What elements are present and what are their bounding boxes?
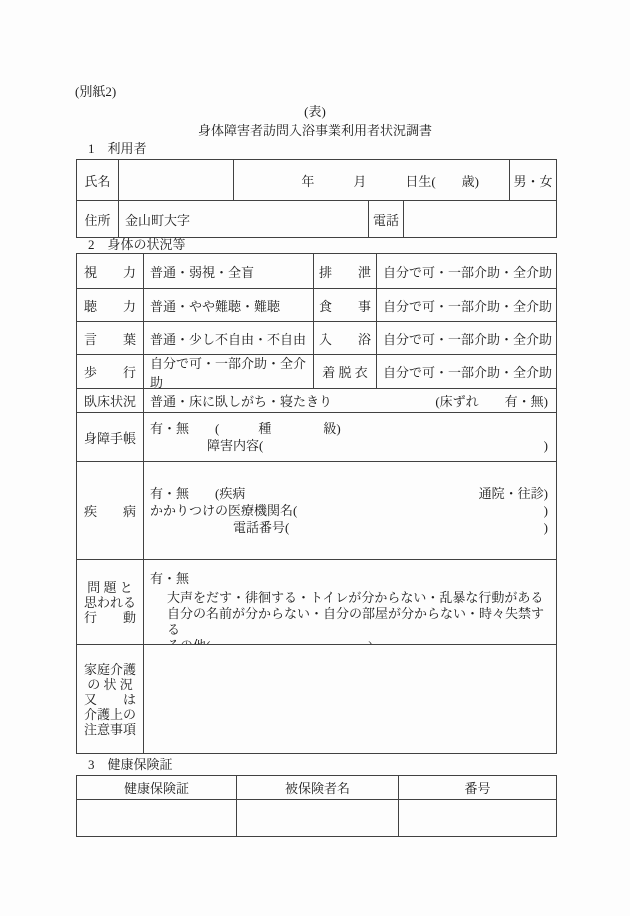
behavior-other-close: ) (368, 638, 372, 644)
handbook-content-label: 障害内容( (207, 437, 263, 454)
section3-heading: 3 健康保険証 (88, 757, 173, 772)
user-row-address: 住所 金山町大字 電話 (77, 200, 556, 237)
user-row-name: 氏名 年 月 日生( 歳) 男・女 (77, 160, 556, 200)
insurance-insured-cell (236, 800, 398, 836)
speech-options: 普通・少し不自由・不自由 (143, 322, 313, 354)
phone-value-cell (403, 201, 556, 237)
hearing-options: 普通・やや難聴・難聴 (143, 289, 313, 321)
behavior-label: 問 題 と 思われる 行 動 (77, 560, 143, 644)
insurance-table: 健康保険証 被保険者名 番号 (76, 775, 557, 837)
disease-label: 疾 病 (77, 462, 143, 559)
side-label: (表) (0, 101, 630, 120)
row-hearing-meal: 聴 力 普通・やや難聴・難聴 食 事 自分で可・一部介助・全介助 (77, 288, 556, 321)
form-page: (別紙2) (表) 身体障害者訪問入浴事業利用者状況調書 1 利用者 氏名 年 … (0, 0, 630, 916)
handbook-label: 身障手帳 (77, 413, 143, 461)
insurance-header-row: 健康保険証 被保険者名 番号 (77, 776, 556, 799)
insurance-header-number: 番号 (398, 776, 556, 799)
bedsore-note: (床ずれ 有・無) (435, 391, 548, 410)
name-label: 氏名 (77, 160, 118, 200)
behavior-cell: 有・無 大声をだす・徘徊する・トイレが分からない・乱暴な行動がある 自分の名前が… (143, 560, 556, 644)
handbook-close-paren: ) (544, 437, 556, 454)
meal-options: 自分で可・一部介助・全介助 (376, 289, 556, 321)
dressing-label: 着 脱 衣 (313, 355, 376, 388)
dressing-options: 自分で可・一部介助・全介助 (376, 355, 556, 388)
behavior-other-label: その他( (167, 638, 210, 644)
row-bedridden: 臥床状況 普通・床に臥しがち・寝たきり (床ずれ 有・無) (77, 388, 556, 412)
vision-options: 普通・弱視・全盲 (143, 254, 313, 288)
vision-label: 視 力 (77, 254, 143, 288)
speech-label: 言 葉 (77, 322, 143, 354)
handbook-cell: 有・無 ( 種 級) 障害内容( ) (143, 413, 556, 461)
excretion-options: 自分で可・一部介助・全介助 (376, 254, 556, 288)
behavior-line2: 大声をだす・徘徊する・トイレが分からない・乱暴な行動がある (167, 590, 556, 606)
homecare-cell (143, 645, 556, 753)
disease-cell: 有・無 (疾病 通院・往診) かかりつけの医療機関名( ) 電話番号( ) (143, 462, 556, 559)
row-disease: 疾 病 有・無 (疾病 通院・往診) かかりつけの医療機関名( ) 電話番号( … (77, 461, 556, 559)
insurance-number-cell (398, 800, 556, 836)
bedridden-options: 普通・床に臥しがち・寝たきり (150, 391, 332, 410)
body-table: 視 力 普通・弱視・全盲 排 泄 自分で可・一部介助・全介助 聴 力 普通・やや… (76, 253, 557, 754)
handbook-line2: 障害内容( ) (150, 437, 556, 454)
excretion-label: 排 泄 (313, 254, 376, 288)
handbook-line1: 有・無 ( 種 級) (150, 420, 556, 437)
disease-institution-close: ) (544, 502, 556, 519)
bathing-options: 自分で可・一部介助・全介助 (376, 322, 556, 354)
sex-cell: 男・女 (509, 160, 556, 200)
user-table: 氏名 年 月 日生( 歳) 男・女 住所 金山町大字 電話 (76, 159, 557, 238)
bedridden-label: 臥床状況 (77, 389, 143, 412)
row-handbook: 身障手帳 有・無 ( 種 級) 障害内容( ) (77, 412, 556, 461)
disease-line3: 電話番号( ) (150, 519, 556, 536)
section2-heading: 2 身体の状況等 (88, 237, 186, 252)
disease-phone-label: 電話番号( (233, 519, 289, 536)
bathing-label: 入 浴 (313, 322, 376, 354)
row-vision-excretion: 視 力 普通・弱視・全盲 排 泄 自分で可・一部介助・全介助 (77, 254, 556, 288)
bedridden-cell: 普通・床に臥しがち・寝たきり (床ずれ 有・無) (143, 389, 556, 412)
page-title: 身体障害者訪問入浴事業利用者状況調書 (0, 120, 630, 139)
hearing-label: 聴 力 (77, 289, 143, 321)
disease-line2: かかりつけの医療機関名( ) (150, 502, 556, 519)
address-value-cell: 金山町大字 (118, 201, 368, 237)
row-homecare: 家庭介護 の 状 況 又 は 介護上の 注意事項 (77, 644, 556, 753)
section1-heading: 1 利用者 (88, 141, 147, 156)
homecare-label: 家庭介護 の 状 況 又 は 介護上の 注意事項 (77, 645, 143, 753)
insurance-header-card: 健康保険証 (77, 776, 236, 799)
disease-presence: 有・無 (疾病 (150, 485, 245, 502)
phone-label: 電話 (368, 201, 403, 237)
disease-phone-close: ) (544, 519, 556, 536)
address-label: 住所 (77, 201, 118, 237)
row-behavior: 問 題 と 思われる 行 動 有・無 大声をだす・徘徊する・トイレが分からない・… (77, 559, 556, 644)
attachment-note: (別紙2) (75, 81, 116, 100)
birthdate-cell: 年 月 日生( 歳) (233, 160, 509, 200)
name-value-cell (118, 160, 233, 200)
insurance-data-row (77, 799, 556, 836)
row-speech-bathing: 言 葉 普通・少し不自由・不自由 入 浴 自分で可・一部介助・全介助 (77, 321, 556, 354)
meal-label: 食 事 (313, 289, 376, 321)
behavior-line3: 自分の名前が分からない・自分の部屋が分からない・時々失禁する (167, 606, 556, 638)
disease-institution-label: かかりつけの医療機関名( (150, 502, 297, 519)
insurance-card-cell (77, 800, 236, 836)
walking-options: 自分で可・一部介助・全介助 (143, 355, 313, 388)
row-walking-dressing: 歩 行 自分で可・一部介助・全介助 着 脱 衣 自分で可・一部介助・全介助 (77, 354, 556, 388)
disease-line1: 有・無 (疾病 通院・往診) (150, 485, 556, 502)
behavior-line4: その他( ) (167, 638, 556, 644)
disease-visit-type: 通院・往診) (479, 485, 556, 502)
behavior-line1: 有・無 (150, 571, 556, 587)
insurance-header-insured: 被保険者名 (236, 776, 398, 799)
walking-label: 歩 行 (77, 355, 143, 388)
